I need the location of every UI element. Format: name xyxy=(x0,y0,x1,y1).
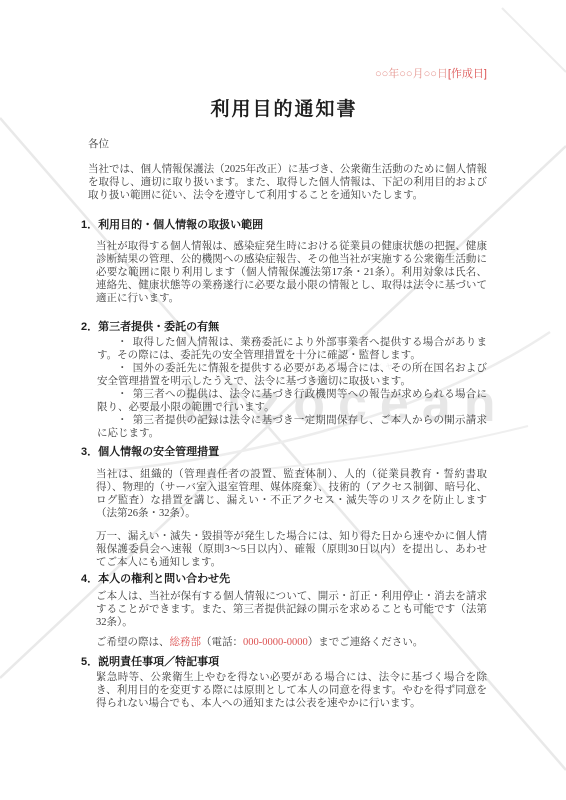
section-1-body: 当社が取得する個人情報は、感染症発生時における従業員の健康状態の把握、健康診断結… xyxy=(96,240,487,305)
contact-suffix: ）までご連絡ください。 xyxy=(308,637,424,648)
bullet-text: 取得した個人情報は、業務委託により外部事業者へ提供する場合があります。その際には… xyxy=(97,337,487,361)
section-4-heading: 4．本人の権利と問い合わせ先 xyxy=(81,573,487,586)
section-3-body: 当社は、組織的（管理責任者の設置、監査体制）、人的（従業員教育・誓約書取得）、物… xyxy=(96,468,487,520)
section-3-body-2: 万一、漏えい・滅失・毀損等が発生した場合には、知り得た日から速やかに個人情報保護… xyxy=(96,530,487,569)
contact-tel-label: （電話： xyxy=(201,637,243,648)
document-content: ○○年○○月○○日[作成日] 利用目的通知書 各位 当社では、個人情報保護法（2… xyxy=(81,68,487,710)
bullet-marker: ・ xyxy=(117,415,128,426)
section-2: 2．第三者提供・委託の有無 ・取得した個人情報は、業務委託により外部事業者へ提供… xyxy=(81,321,487,440)
section-4-body: ご本人は、当社が保有する個人情報について、開示・訂正・利用停止・消去を請求するこ… xyxy=(96,590,487,629)
section-1: 1．利用目的・個人情報の取扱い範囲 当社が取得する個人情報は、感染症発生時におけ… xyxy=(81,219,487,305)
salutation: 各位 xyxy=(88,138,487,151)
section-1-heading: 1．利用目的・個人情報の取扱い範囲 xyxy=(81,219,487,232)
bullet-text: 第三者への提供は、法令に基づき行政機関等への報告が求められる場合に限り、必要最小… xyxy=(97,389,487,413)
bullet-marker: ・ xyxy=(117,389,128,400)
creation-date-row: ○○年○○月○○日[作成日] xyxy=(81,68,487,81)
bullet-marker: ・ xyxy=(117,337,128,348)
bullet-text: 第三者提供の記録は法令に基づき一定期間保存し、ご本人からの開示請求に応じます。 xyxy=(97,415,487,439)
section-5-heading: 5．説明責任事項／特記事項 xyxy=(81,656,487,669)
intro-paragraph: 当社では、個人情報保護法（2025年改正）に基づき、公衆衛生活動のために個人情報… xyxy=(88,163,487,202)
bullet-item: ・第三者への提供は、法令に基づき行政機関等への報告が求められる場合に限り、必要最… xyxy=(97,388,487,414)
bullet-text: 国外の委託先に情報を提供する必要がある場合には、その所在国名および安全管理措置を… xyxy=(97,363,487,387)
contact-phone: 000-0000-0000 xyxy=(243,637,308,648)
bullet-marker: ・ xyxy=(117,363,128,374)
bullet-item: ・第三者提供の記録は法令に基づき一定期間保存し、ご本人からの開示請求に応じます。 xyxy=(97,414,487,440)
section-2-bullet-list: ・取得した個人情報は、業務委託により外部事業者へ提供する場合があります。その際に… xyxy=(81,336,487,440)
contact-prefix: ご希望の際は、 xyxy=(96,637,170,648)
bullet-item: ・国外の委託先に情報を提供する必要がある場合には、その所在国名および安全管理措置… xyxy=(97,362,487,388)
bullet-item: ・取得した個人情報は、業務委託により外部事業者へ提供する場合があります。その際に… xyxy=(97,336,487,362)
document-page: bizocean ビズオーシャン ○○年○○月○○日[作成日] 利用目的通知書 … xyxy=(0,0,566,800)
watermark-corner-line xyxy=(502,8,566,72)
contact-department: 総務部 xyxy=(170,637,202,648)
section-3-heading: 3．個人情報の安全管理措置 xyxy=(81,446,487,459)
section-4: 4．本人の権利と問い合わせ先 ご本人は、当社が保有する個人情報について、開示・訂… xyxy=(81,573,487,649)
section-5: 5．説明責任事項／特記事項 緊急時等、公衆衛生上やむを得ない必要がある場合には、… xyxy=(81,656,487,710)
document-title: 利用目的通知書 xyxy=(81,97,487,123)
creation-date-label: [作成日] xyxy=(448,68,487,80)
section-2-heading: 2．第三者提供・委託の有無 xyxy=(81,321,487,334)
creation-date: ○○年○○月○○日 xyxy=(375,68,448,80)
contact-line: ご希望の際は、総務部（電話：000-0000-0000）までご連絡ください。 xyxy=(96,636,487,649)
section-5-body: 緊急時等、公衆衛生上やむを得ない必要がある場合には、法令に基づく場合を除き、利用… xyxy=(96,671,487,710)
section-3: 3．個人情報の安全管理措置 当社は、組織的（管理責任者の設置、監査体制）、人的（… xyxy=(81,446,487,569)
